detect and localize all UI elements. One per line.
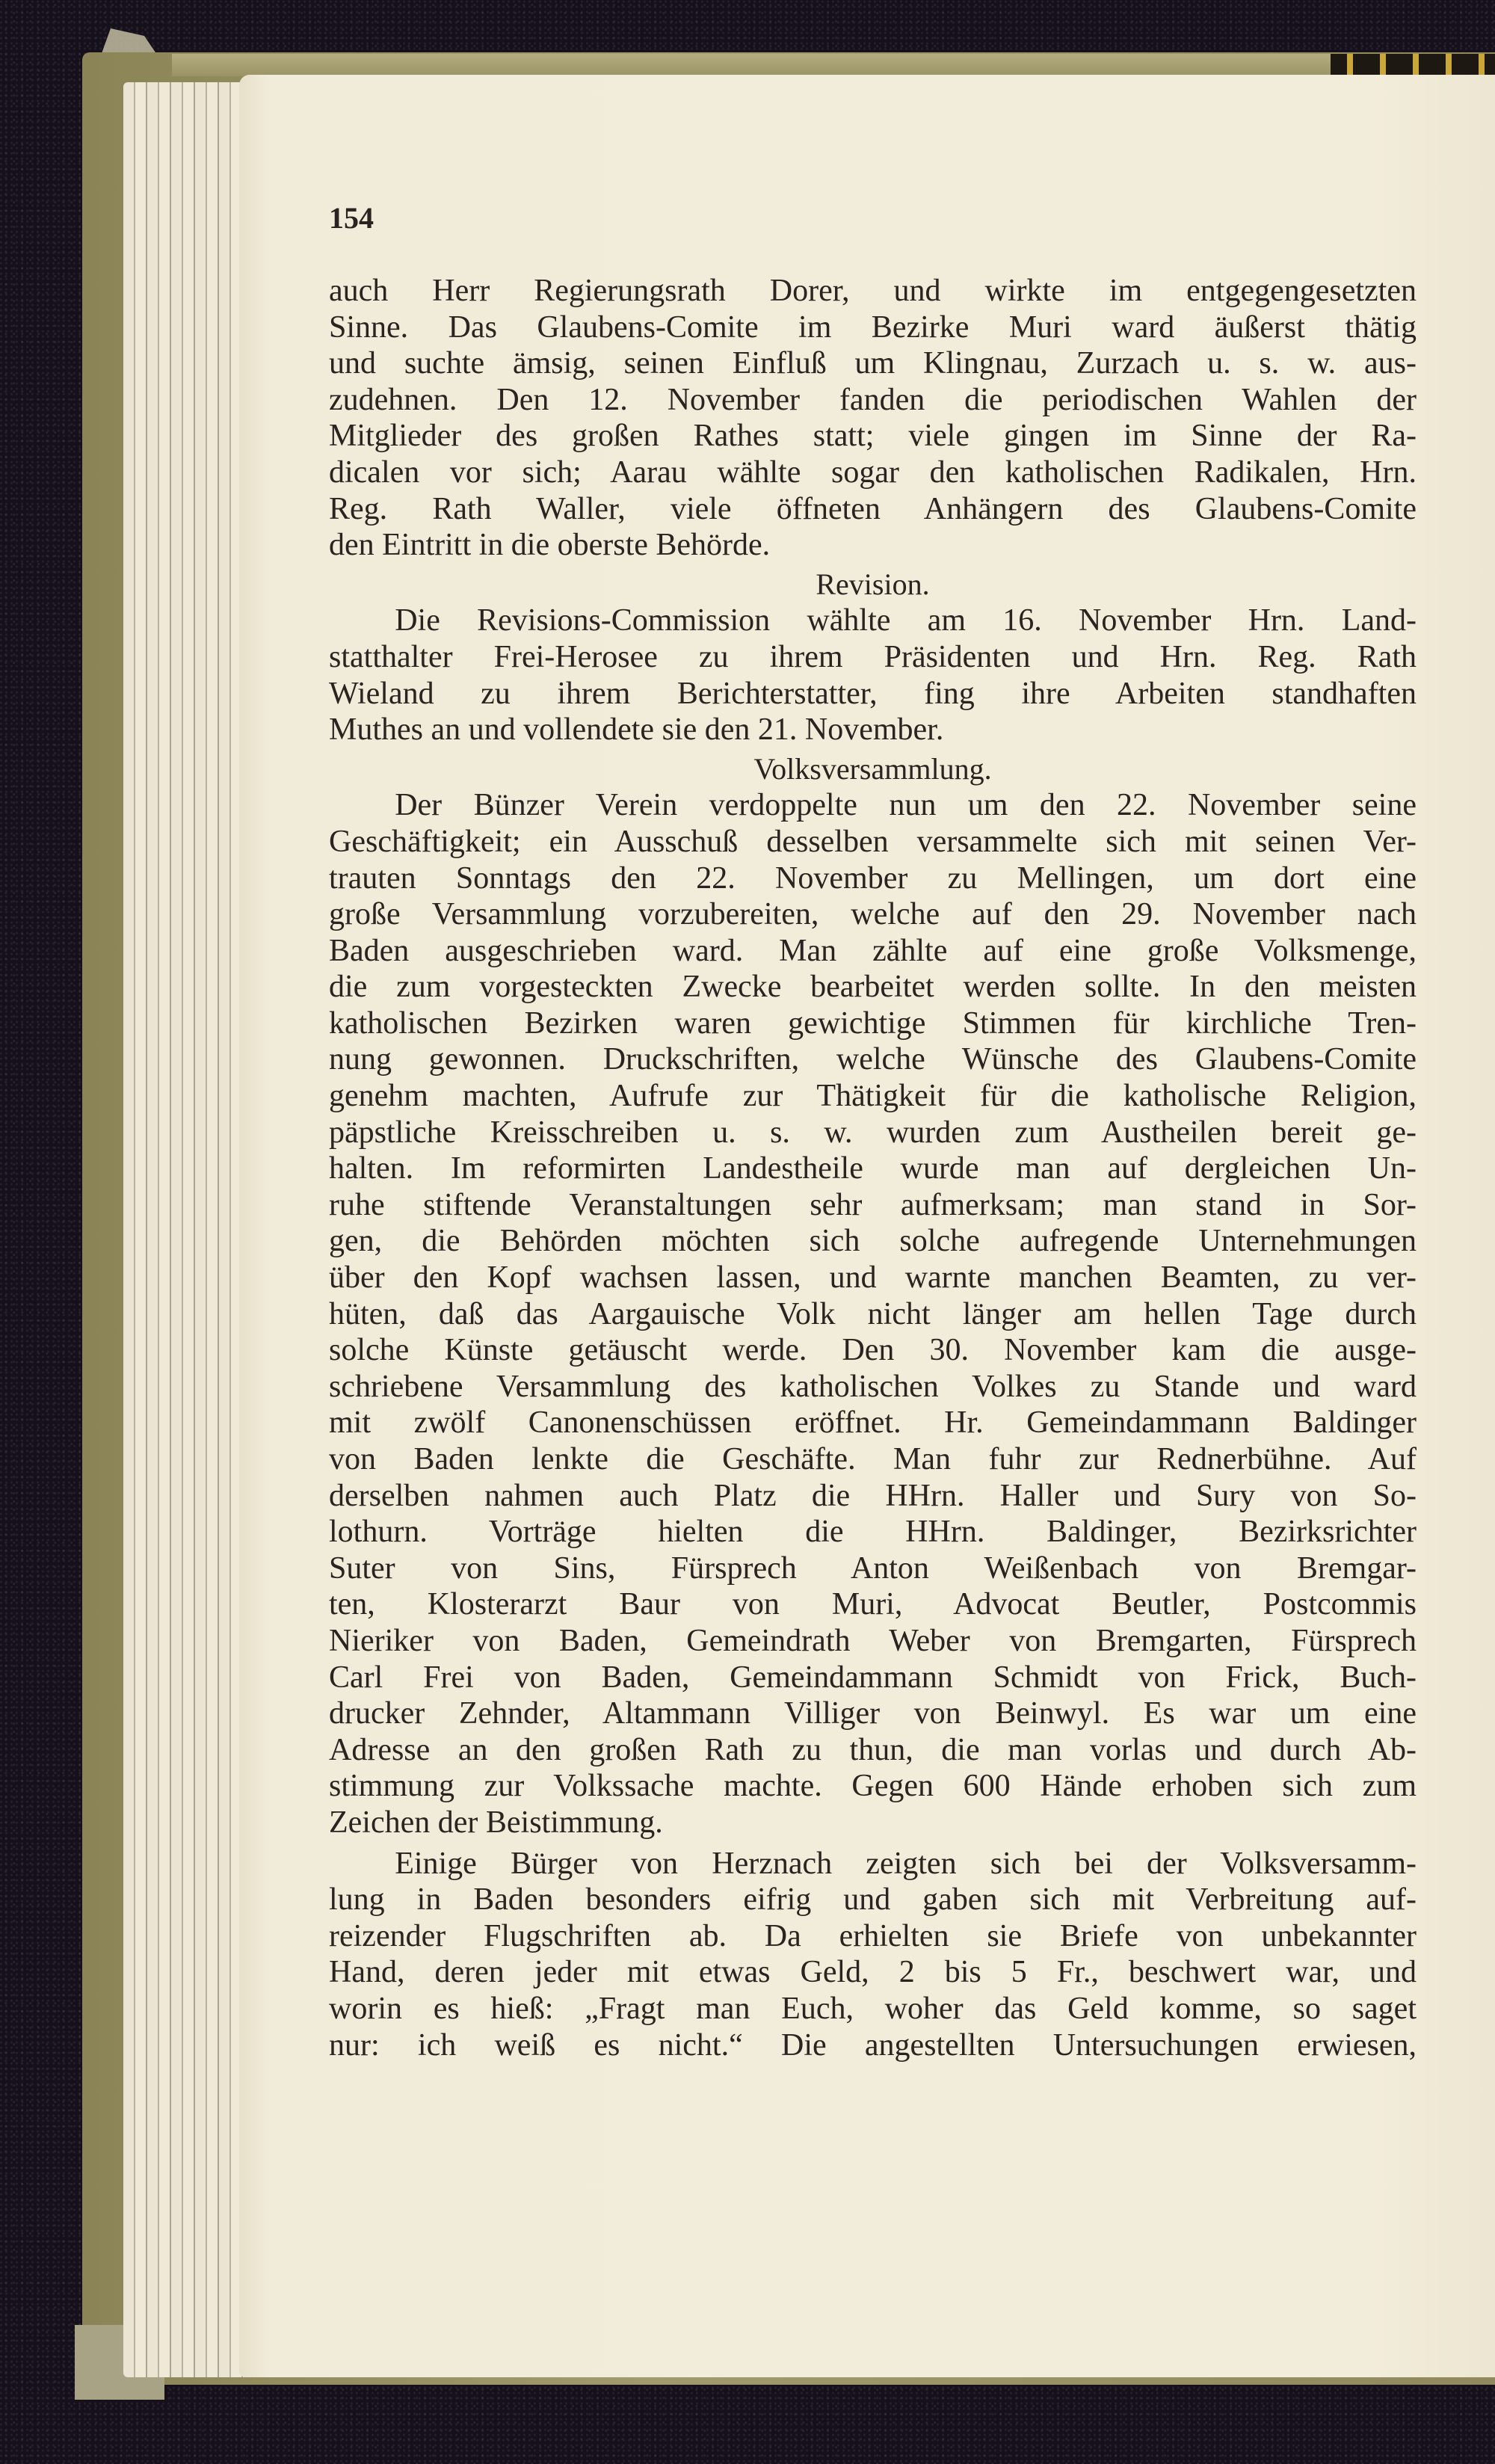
text-line: mit zwölf Canonenschüssen eröffnet. Hr. … <box>329 1405 1417 1441</box>
text-line: über den Kopf wachsen lassen, und warnte… <box>329 1260 1417 1296</box>
text-line: Zeichen der Beistimmung. <box>329 1805 1417 1841</box>
text-line: Hand, deren jeder mit etwas Geld, 2 bis … <box>329 1954 1417 1991</box>
paragraph-volksversammlung: Der Bünzer Verein verdoppelte nun um den… <box>329 787 1417 1841</box>
text-line: stimmung zur Volkssache machte. Gegen 60… <box>329 1768 1417 1805</box>
text-line: lung in Baden besonders eifrig und gaben… <box>329 1882 1417 1918</box>
text-line: Carl Frei von Baden, Gemeindammann Schmi… <box>329 1660 1417 1696</box>
text-line: schriebene Versammlung des katholischen … <box>329 1369 1417 1405</box>
text-line: die zum vorgesteckten Zwecke bearbeitet … <box>329 969 1417 1005</box>
text-line: Mitglieder des großen Rathes statt; viel… <box>329 418 1417 455</box>
page-number: 154 <box>329 200 374 235</box>
text-line: den Eintritt in die oberste Behörde. <box>329 527 1417 564</box>
paragraph-intro: auch Herr Regierungsrath Dorer, und wirk… <box>329 273 1417 564</box>
text-line: halten. Im reformirten Landestheile wurd… <box>329 1151 1417 1187</box>
text-line: Reg. Rath Waller, viele öffneten Anhänge… <box>329 491 1417 528</box>
text-line: hüten, daß das Aargauische Volk nicht lä… <box>329 1296 1417 1333</box>
text-line: ten, Klosterarzt Baur von Muri, Advocat … <box>329 1586 1417 1623</box>
text-line: Muthes an und vollendete sie den 21. Nov… <box>329 712 1417 748</box>
text-line: Der Bünzer Verein verdoppelte nun um den… <box>329 787 1417 824</box>
text-line: reizender Flugschriften ab. Da erhielten… <box>329 1918 1417 1955</box>
text-line: dicalen vor sich; Aarau wählte sogar den… <box>329 455 1417 491</box>
text-line: Die Revisions-Commission wählte am 16. N… <box>329 603 1417 639</box>
text-line: solche Künste getäuscht werde. Den 30. N… <box>329 1332 1417 1369</box>
text-line: von Baden lenkte die Geschäfte. Man fuhr… <box>329 1441 1417 1478</box>
text-line: zudehnen. Den 12. November fanden die pe… <box>329 382 1417 419</box>
paragraph-herznach: Einige Bürger von Herznach zeigten sich … <box>329 1846 1417 2064</box>
text-line: große Versammlung vorzubereiten, welche … <box>329 896 1417 933</box>
text-line: statthalter Frei-Herosee zu ihrem Präsid… <box>329 639 1417 676</box>
text-line: katholischen Bezirken waren gewichtige S… <box>329 1005 1417 1042</box>
section-heading-volksversammlung: Volksversammlung. <box>329 751 1417 788</box>
text-line: nur: ich weiß es nicht.“ Die angestellte… <box>329 2027 1417 2064</box>
text-line: Baden ausgeschrieben ward. Man zählte au… <box>329 933 1417 970</box>
stacked-page-edges <box>123 82 247 2377</box>
text-line: Sinne. Das Glaubens-Comite im Bezirke Mu… <box>329 309 1417 346</box>
text-line: Adresse an den großen Rath zu thun, die … <box>329 1732 1417 1769</box>
text-line: und suchte ämsig, seinen Einfluß um Klin… <box>329 345 1417 382</box>
text-line: genehm machten, Aufrufe zur Thätigkeit f… <box>329 1078 1417 1115</box>
text-line: Suter von Sins, Fürsprech Anton Weißenba… <box>329 1550 1417 1587</box>
text-line: ruhe stiftende Veranstaltungen sehr aufm… <box>329 1187 1417 1224</box>
text-line: worin es hieß: „Fragt man Euch, woher da… <box>329 1991 1417 2027</box>
text-line: derselben nahmen auch Platz die HHrn. Ha… <box>329 1478 1417 1515</box>
text-line: gen, die Behörden möchten sich solche au… <box>329 1223 1417 1260</box>
paragraph-revision: Die Revisions-Commission wählte am 16. N… <box>329 603 1417 748</box>
text-line: nung gewonnen. Druckschriften, welche Wü… <box>329 1041 1417 1078</box>
text-line: Einige Bürger von Herznach zeigten sich … <box>329 1846 1417 1882</box>
section-heading-revision: Revision. <box>329 567 1417 603</box>
text-line: auch Herr Regierungsrath Dorer, und wirk… <box>329 273 1417 309</box>
page-body-text: auch Herr Regierungsrath Dorer, und wirk… <box>329 273 1417 2063</box>
cover-top-edge <box>172 54 1495 76</box>
text-line: Wieland zu ihrem Berichterstatter, fing … <box>329 676 1417 712</box>
text-line: päpstliche Kreisschreiben u. s. w. wurde… <box>329 1115 1417 1151</box>
text-line: drucker Zehnder, Altammann Villiger von … <box>329 1695 1417 1732</box>
text-line: Nieriker von Baden, Gemeindrath Weber vo… <box>329 1623 1417 1660</box>
text-line: trauten Sonntags den 22. November zu Mel… <box>329 860 1417 897</box>
text-line: Geschäftigkeit; ein Ausschuß desselben v… <box>329 824 1417 860</box>
text-line: lothurn. Vorträge hielten die HHrn. Bald… <box>329 1514 1417 1550</box>
